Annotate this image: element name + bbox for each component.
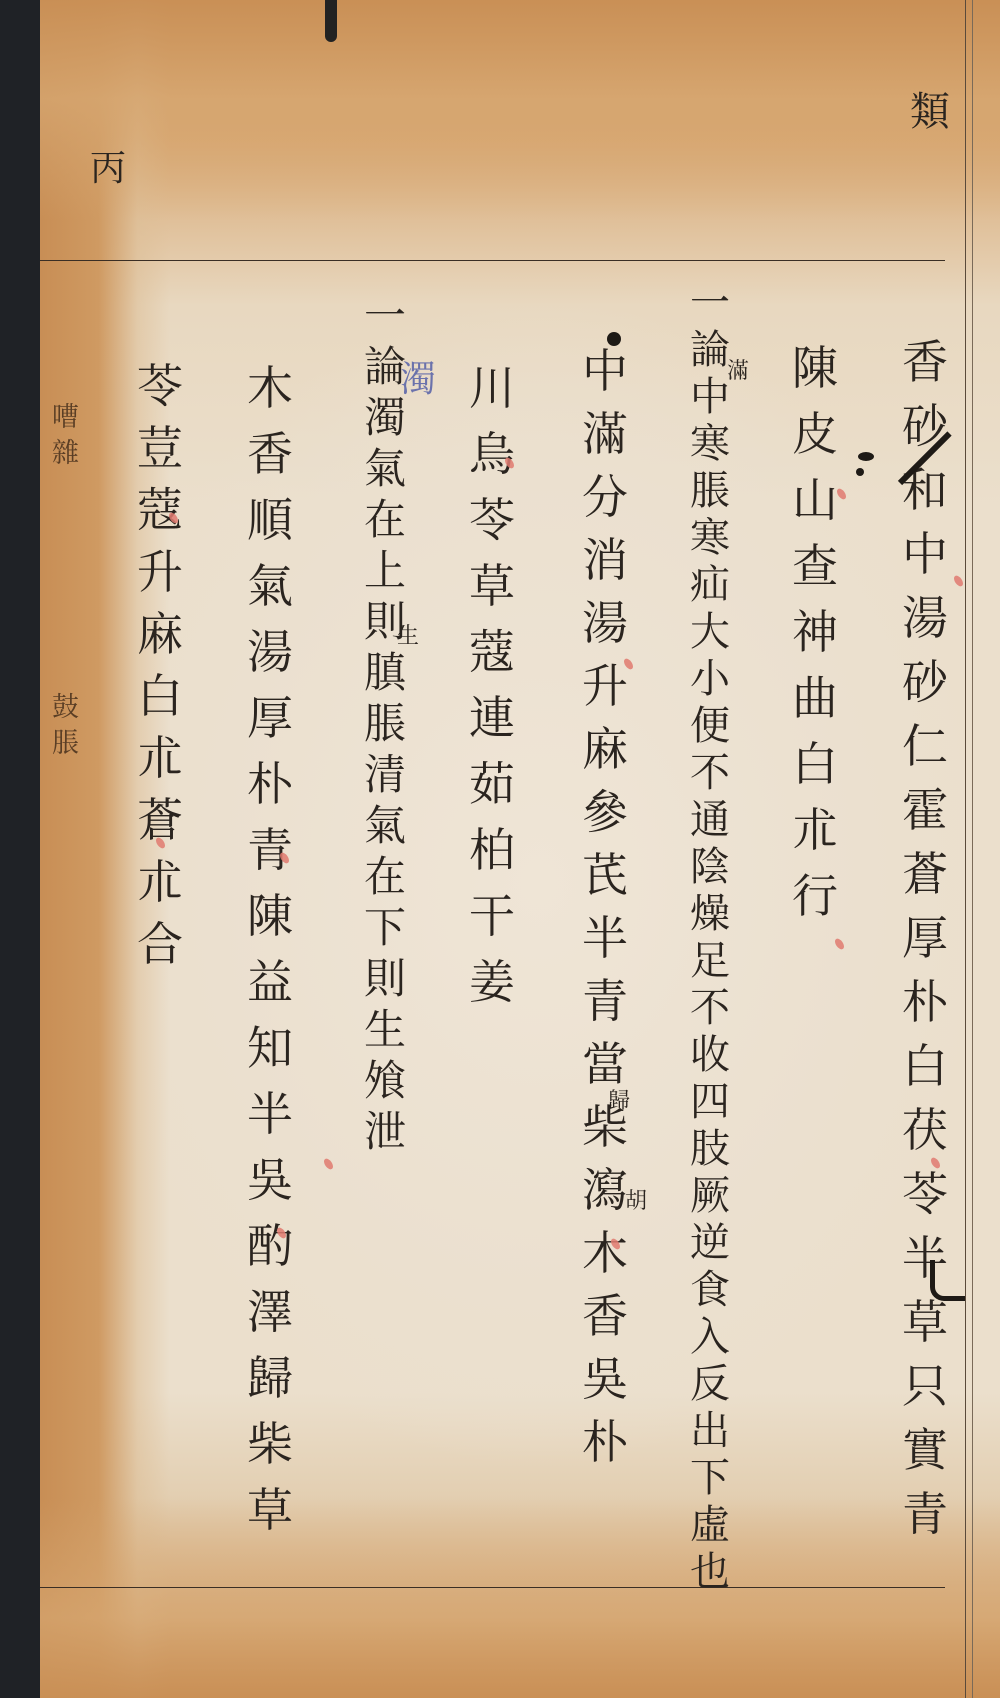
text-column-5: 川 烏 苓 草 蔻 連 茹 柏 干 姜: [462, 355, 522, 1015]
char: 益: [247, 949, 293, 1015]
char: 川: [469, 355, 515, 421]
char: 蔻: [469, 619, 515, 685]
right-border-rule: [965, 0, 966, 1698]
char: 厚: [902, 906, 948, 970]
char: 大: [690, 609, 730, 656]
char: 反: [690, 1361, 730, 1408]
char: 升: [582, 655, 628, 718]
char: 麻: [582, 718, 628, 781]
char: 一: [364, 290, 406, 341]
char: 一: [690, 280, 730, 327]
char: 分: [582, 466, 628, 529]
char: 香: [582, 1285, 628, 1348]
char: 順: [247, 487, 293, 553]
char: 逆: [690, 1220, 730, 1267]
text-column-4: 中 滿 分 消 湯 升 麻 參 芪 半 青 當 柴 瀉 木 香 吳 朴: [575, 340, 635, 1474]
char: 青: [582, 970, 628, 1033]
margin-label-guzhang: 鼓 脹: [52, 690, 79, 762]
char: 半: [582, 907, 628, 970]
text-column-7: 木 香 順 氣 湯 厚 朴 青 陳 益 知 半 吳 酌 澤 歸 柴 草: [240, 355, 300, 1543]
char: 厚: [247, 685, 293, 751]
char: 厥: [690, 1173, 730, 1220]
char: 查: [792, 533, 838, 599]
char: 氣: [364, 443, 406, 494]
char: 出: [690, 1408, 730, 1455]
char: 木: [582, 1222, 628, 1285]
char: 疝: [690, 562, 730, 609]
char: 食: [690, 1267, 730, 1314]
text-column-6: 一 論 濁 氣 在 上 則 䐜 脹 清 氣 在 下 則 生 飧 泄: [355, 290, 415, 1157]
char: 青: [247, 817, 293, 883]
char: 朴: [247, 751, 293, 817]
char: 朮: [137, 727, 183, 789]
char: 通: [690, 797, 730, 844]
char: 山: [792, 467, 838, 533]
char: 虛: [690, 1502, 730, 1549]
char: 柏: [469, 817, 515, 883]
char: 燥: [690, 891, 730, 938]
char: 神: [792, 599, 838, 665]
char: 吳: [247, 1147, 293, 1213]
margin-char: 鼓: [52, 690, 79, 726]
correction-note-man: 滿: [727, 360, 749, 384]
char: 湯: [247, 619, 293, 685]
char: 只: [902, 1354, 948, 1418]
char: 寒: [690, 421, 730, 468]
char: 香: [902, 330, 948, 394]
char: 麻: [137, 603, 183, 665]
char: 姜: [469, 949, 515, 1015]
char: 滿: [582, 403, 628, 466]
char: 草: [247, 1477, 293, 1543]
char: 論: [690, 327, 730, 374]
char: 收: [690, 1032, 730, 1079]
char: 荳: [137, 417, 183, 479]
char: 連: [469, 685, 515, 751]
punctuation-dot: [607, 332, 621, 346]
correction-note-gui: 歸: [608, 1090, 630, 1114]
bottom-border-rule: [40, 1587, 945, 1588]
char: 升: [137, 541, 183, 603]
char: 吳: [582, 1348, 628, 1411]
char: 仁: [902, 714, 948, 778]
char: 陰: [690, 844, 730, 891]
char: 朴: [582, 1411, 628, 1474]
char: 氣: [364, 800, 406, 851]
blue-correction-zhuo: 濁: [400, 368, 436, 392]
char: 皮: [792, 401, 838, 467]
char: 烏: [469, 421, 515, 487]
char: 實: [902, 1418, 948, 1482]
char: 不: [690, 750, 730, 797]
char: 半: [247, 1081, 293, 1147]
char: 茹: [469, 751, 515, 817]
char: 澤: [247, 1279, 293, 1345]
char: 氣: [247, 553, 293, 619]
char: 蔻: [137, 479, 183, 541]
char: 小: [690, 656, 730, 703]
char: 朴: [902, 970, 948, 1034]
char: 清: [364, 749, 406, 800]
text-column-1: 香 砂 和 中 湯 砂 仁 霍 蒼 厚 朴 白 茯 苓 半 草 只 實 青: [895, 330, 955, 1546]
char: 酌: [247, 1213, 293, 1279]
text-column-3: 一 論 中 寒 脹 寒 疝 大 小 便 不 通 陰 燥 足 不 收 四 肢 厥 …: [680, 280, 740, 1596]
char: 歸: [247, 1345, 293, 1411]
char: 也: [690, 1549, 730, 1596]
char: 飧: [364, 1055, 406, 1106]
char: 脹: [690, 468, 730, 515]
header-section-char: 丙: [90, 140, 126, 191]
char: 䐜: [364, 647, 406, 698]
char: 中: [582, 340, 628, 403]
char: 湯: [902, 586, 948, 650]
char: 中: [690, 374, 730, 421]
punctuation-mark: [856, 468, 864, 476]
char: 便: [690, 703, 730, 750]
char: 白: [137, 665, 183, 727]
margin-char: 嘈: [52, 400, 79, 436]
char: 白: [792, 731, 838, 797]
margin-char: 脹: [52, 726, 79, 762]
char: 參: [582, 781, 628, 844]
char: 朮: [137, 851, 183, 913]
ink-mark-top: [325, 0, 337, 42]
char: 柴: [247, 1411, 293, 1477]
char: 足: [690, 938, 730, 985]
char: 砂: [902, 650, 948, 714]
correction-note-hu: 胡: [625, 1190, 647, 1214]
char: 干: [469, 883, 515, 949]
punctuation-mark: [858, 452, 874, 461]
margin-label-zaoza: 嘈 雜: [52, 400, 79, 472]
text-column-2: 陳 皮 山 查 神 曲 白 朮 行: [785, 335, 845, 929]
char: 肢: [690, 1126, 730, 1173]
char: 蒼: [902, 842, 948, 906]
char: 生: [364, 1004, 406, 1055]
char: 芪: [582, 844, 628, 907]
char: 香: [247, 421, 293, 487]
char: 入: [690, 1314, 730, 1361]
char: 青: [902, 1482, 948, 1546]
char: 上: [364, 545, 406, 596]
page-fold-line: [972, 0, 973, 1698]
char: 苓: [902, 1162, 948, 1226]
char: 行: [792, 863, 838, 929]
char: 陳: [247, 883, 293, 949]
char: 在: [364, 494, 406, 545]
water-stain-top: [40, 0, 1000, 220]
char: 四: [690, 1079, 730, 1126]
char: 草: [469, 553, 515, 619]
char: 苓: [469, 487, 515, 553]
char: 和: [902, 458, 948, 522]
char: 則: [364, 953, 406, 1004]
char: 知: [247, 1015, 293, 1081]
bracket-mark: [930, 1260, 965, 1301]
header-category-char: 類: [910, 80, 950, 137]
char: 泄: [364, 1106, 406, 1157]
char: 白: [902, 1034, 948, 1098]
char: 湯: [582, 592, 628, 655]
char: 霍: [902, 778, 948, 842]
char: 陳: [792, 335, 838, 401]
char: 砂: [902, 394, 948, 458]
char: 脹: [364, 698, 406, 749]
char: 在: [364, 851, 406, 902]
char: 合: [137, 913, 183, 975]
char: 寒: [690, 515, 730, 562]
char: 曲: [792, 665, 838, 731]
char: 下: [364, 902, 406, 953]
char: 不: [690, 985, 730, 1032]
char: 消: [582, 529, 628, 592]
top-border-rule: [40, 260, 945, 261]
char: 下: [690, 1455, 730, 1502]
char: 苓: [137, 355, 183, 417]
char: 茯: [902, 1098, 948, 1162]
text-column-8: 苓 荳 蔻 升 麻 白 朮 蒼 朮 合: [130, 355, 190, 975]
water-stain-bottom: [40, 1498, 1000, 1698]
char: 瀉: [582, 1159, 628, 1222]
char: 當: [582, 1033, 628, 1096]
margin-char: 雜: [52, 436, 79, 472]
correction-note-sheng: 生: [397, 625, 419, 649]
char: 中: [902, 522, 948, 586]
char: 木: [247, 355, 293, 421]
char: 朮: [792, 797, 838, 863]
